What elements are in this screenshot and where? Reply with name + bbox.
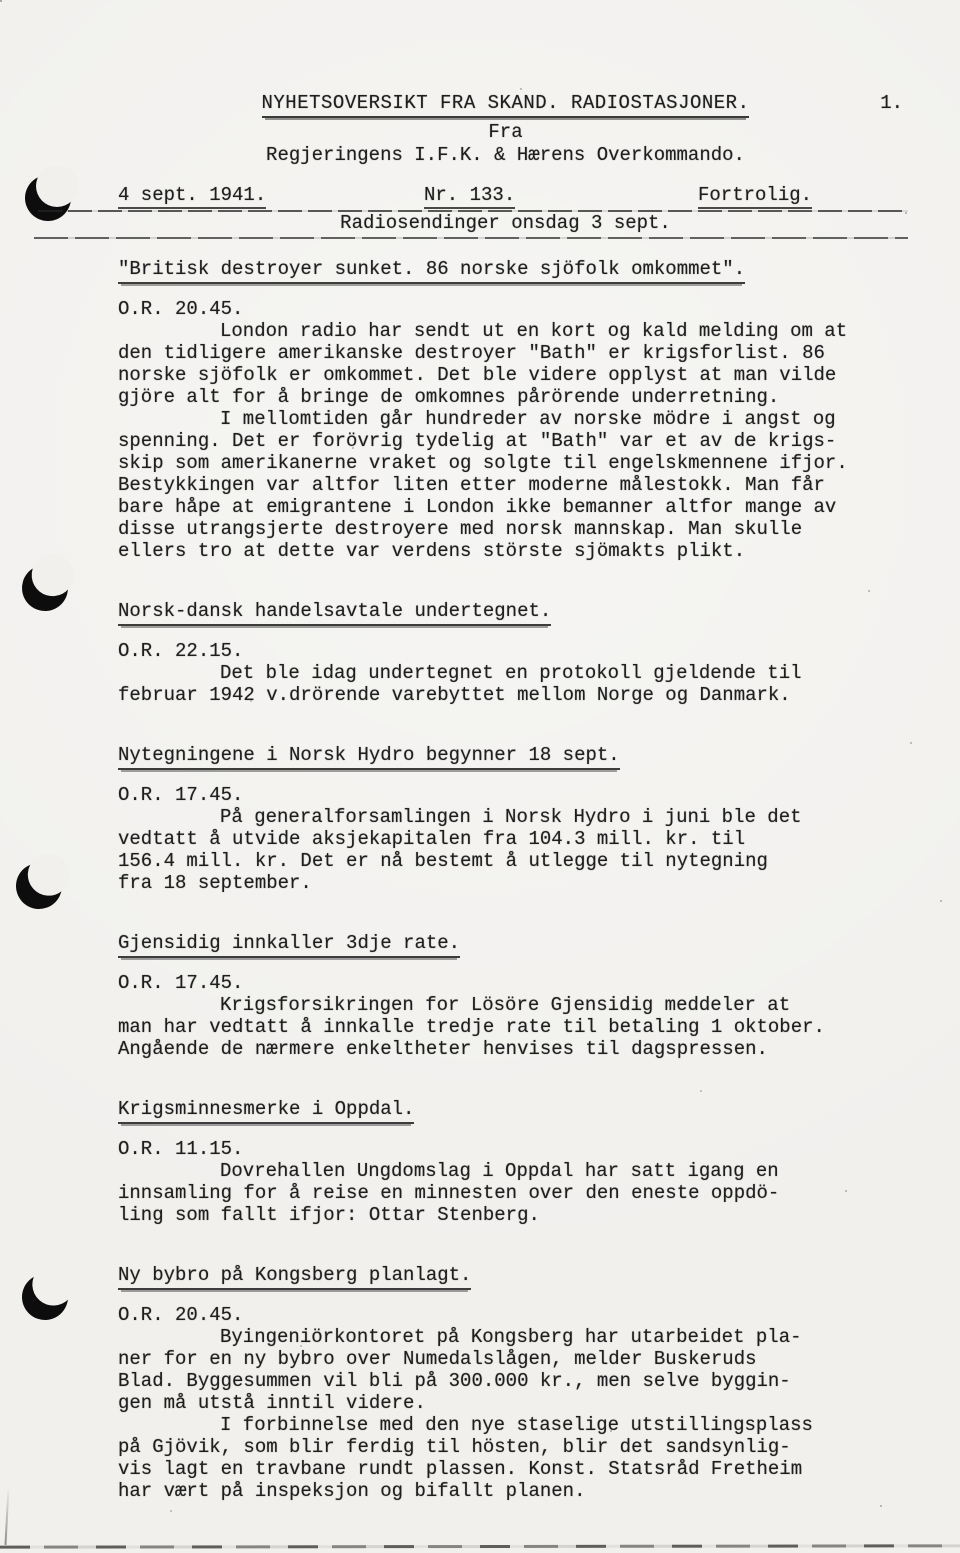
ink-crescent-mark — [20, 563, 71, 614]
header-rule — [34, 237, 908, 239]
article-headline: Ny bybro på Kongsberg planlagt. — [118, 1264, 893, 1290]
scan-noise-specks — [0, 0, 2, 2]
article-paragraph: Byingeniörkontoret på Kongsberg har utar… — [118, 1326, 893, 1414]
ink-crescent-mark — [14, 861, 63, 910]
article-headline: "Britisk destroyer sunket. 86 norske sjö… — [118, 258, 893, 284]
article-paragraph: I mellomtiden går hundreder av norske mö… — [118, 408, 893, 562]
article-headline: Nytegningene i Norsk Hydro begynner 18 s… — [118, 744, 893, 770]
article-source: O.R. 11.15. — [118, 1138, 893, 1160]
article-krigsminnesmerke: Krigsminnesmerke i Oppdal. O.R. 11.15. D… — [118, 1098, 893, 1226]
scanned-document-page: NYHETSOVERSIKT FRA SKAND. RADIOSTASJONER… — [0, 0, 960, 1553]
ink-crescent-mark — [25, 175, 71, 221]
scan-edge-mark — [4, 1487, 9, 1545]
article-source: O.R. 17.45. — [118, 972, 893, 994]
article-gjensidig-rate: Gjensidig innkaller 3dje rate. O.R. 17.4… — [118, 932, 893, 1060]
article-source: O.R. 20.45. — [118, 1304, 893, 1326]
meta-row: 4 sept. 1941. Nr. 133. Fortrolig. — [118, 184, 893, 210]
bottom-torn-edge — [0, 1544, 960, 1548]
article-norsk-hydro: Nytegningene i Norsk Hydro begynner 18 s… — [118, 744, 893, 894]
subtitle-row: Radiosendinger onsdag 3 sept. — [118, 212, 893, 238]
article-paragraph: London radio har sendt ut en kort og kal… — [118, 320, 893, 408]
article-headline: Norsk-dansk handelsavtale undertegnet. — [118, 600, 893, 626]
from-label: Fra — [118, 121, 893, 143]
classification-label: Fortrolig. — [698, 184, 812, 206]
article-kongsberg-bybro: Ny bybro på Kongsberg planlagt. O.R. 20.… — [118, 1264, 893, 1502]
document-header: NYHETSOVERSIKT FRA SKAND. RADIOSTASJONER… — [118, 92, 893, 238]
article-handelsavtale: Norsk-dansk handelsavtale undertegnet. O… — [118, 600, 893, 706]
article-headline: Gjensidig innkaller 3dje rate. — [118, 932, 893, 958]
article-paragraph: Det ble idag undertegnet en protokoll gj… — [118, 662, 893, 706]
article-source: O.R. 20.45. — [118, 298, 893, 320]
article-headline: Krigsminnesmerke i Oppdal. — [118, 1098, 893, 1124]
page-title: NYHETSOVERSIKT FRA SKAND. RADIOSTASJONER… — [262, 92, 750, 118]
document-body: NYHETSOVERSIKT FRA SKAND. RADIOSTASJONER… — [118, 92, 893, 1540]
article-paragraph: Dovrehallen Ungdomslag i Oppdal har satt… — [118, 1160, 893, 1226]
article-source: O.R. 17.45. — [118, 784, 893, 806]
article-paragraph: Krigsforsikringen for Lösöre Gjensidig m… — [118, 994, 893, 1060]
article-british-destroyer: "Britisk destroyer sunket. 86 norske sjö… — [118, 258, 893, 562]
date-label: 4 sept. 1941. — [118, 184, 266, 206]
organization-line: Regjeringens I.F.K. & Hærens Overkommand… — [118, 144, 893, 166]
article-paragraph: På generalforsamlingen i Norsk Hydro i j… — [118, 806, 893, 894]
subtitle: Radiosendinger onsdag 3 sept. — [340, 212, 671, 234]
article-source: O.R. 22.15. — [118, 640, 893, 662]
issue-number: Nr. 133. — [424, 184, 515, 206]
ink-crescent-mark — [21, 1273, 69, 1321]
page-number: 1. — [880, 92, 903, 114]
article-paragraph: I forbinnelse med den nye staselige utst… — [118, 1414, 893, 1502]
